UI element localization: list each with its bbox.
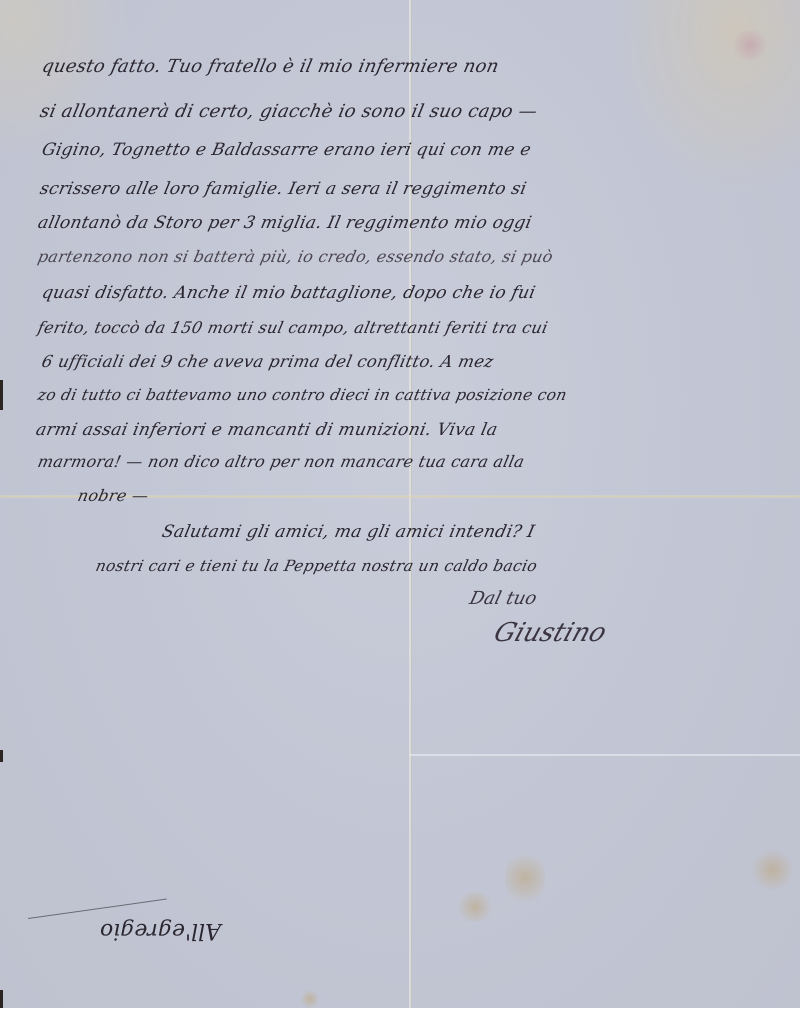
scan-edge-mark (0, 990, 3, 1008)
letter-line-3: Gigino, Tognetto e Baldassarre erano ier… (40, 140, 533, 160)
letter-line-1: questo fatto. Tuo fratello è il mio infe… (40, 56, 501, 77)
letter-line-15: nostri cari e tieni tu la Peppetta nostr… (94, 557, 539, 575)
letter-line-8: ferito, toccò da 150 morti sul campo, al… (36, 318, 550, 337)
red-ink-mark (730, 30, 770, 60)
letter-line-5: allontanò da Storo per 3 miglia. Il regg… (36, 213, 534, 233)
signature: Giustino (490, 618, 610, 648)
letter-line-11: armi assai inferiori e mancanti di muniz… (34, 420, 500, 440)
letter-line-12: marmora! — non dico altro per non mancar… (36, 452, 526, 471)
letter-line-4: scrissero alle loro famiglie. Ieri a ser… (38, 179, 528, 199)
letter-line-13: nobre — (76, 486, 151, 505)
letter-line-10: zo di tutto ci battevamo uno contro diec… (36, 386, 569, 404)
letter-line-2: si allontanerà di certo, giacchè io sono… (38, 101, 539, 122)
letter-line-6: partenzono non si batterà più, io credo,… (36, 247, 555, 266)
pencil-stroke (28, 899, 167, 919)
paper-stain (300, 990, 320, 1008)
closing-phrase: Dal tuo (467, 588, 539, 609)
scan-edge-mark (0, 750, 3, 762)
letter-line-7: quasi disfatto. Anche il mio battaglione… (40, 283, 537, 303)
paper-stain (455, 892, 495, 922)
paper-stain (505, 848, 545, 908)
scan-edge-mark (0, 380, 3, 410)
paper-stain (750, 850, 795, 890)
letter-line-14: Salutami gli amici, ma gli amici intendi… (160, 522, 537, 542)
letter-page: questo fatto. Tuo fratello è il mio infe… (0, 0, 800, 1008)
lower-fold-line (410, 754, 800, 756)
upside-down-address: All'egregio (100, 918, 221, 943)
letter-line-9: 6 ufficiali dei 9 che aveva prima del co… (40, 352, 495, 371)
